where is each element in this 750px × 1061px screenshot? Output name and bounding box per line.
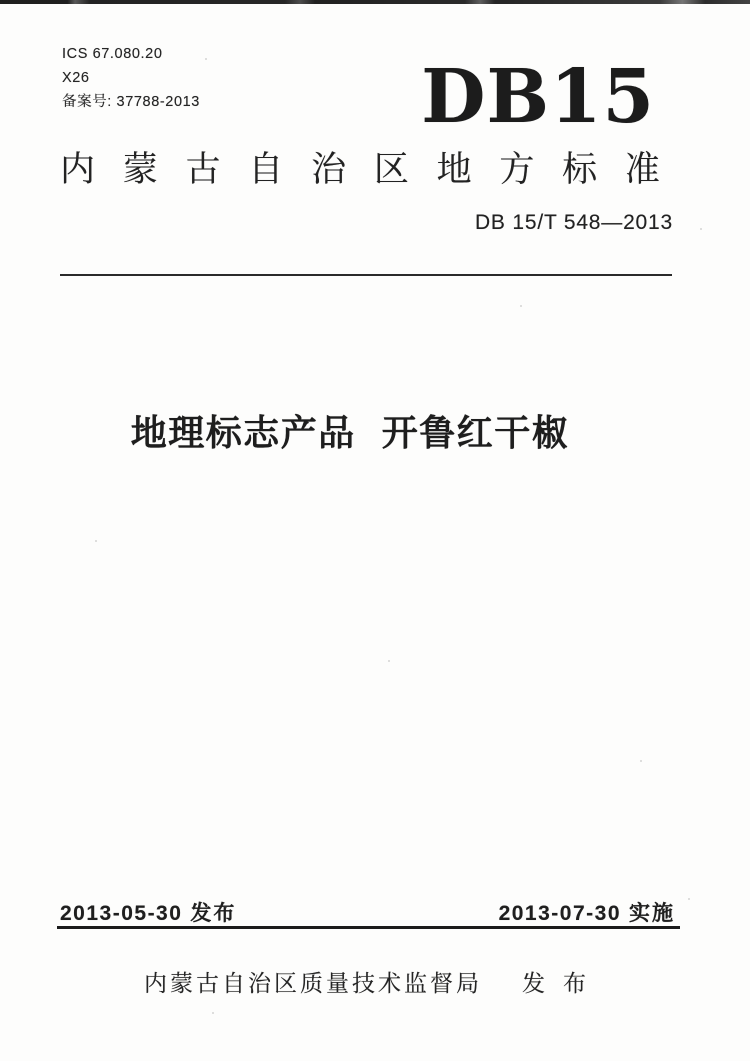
document-title-part1: 地理标志产品 xyxy=(131,413,356,453)
implementation-date: 2013-07-30 xyxy=(499,902,621,925)
implementation-date-label: 实施 xyxy=(629,902,675,925)
ics-code: ICS 67.080.20 xyxy=(62,42,200,66)
scan-speck xyxy=(205,58,207,60)
scan-speck xyxy=(388,660,390,662)
footer-divider xyxy=(57,926,680,929)
document-title: 地理标志产品 开鲁红干椒 xyxy=(0,413,725,453)
scan-speck xyxy=(688,898,690,900)
scan-speck xyxy=(95,540,97,542)
db15-logo: DB15 xyxy=(421,60,655,134)
publish-action-label: 发布 xyxy=(522,968,604,998)
publisher-name: 内蒙古自治区质量技术监督局 xyxy=(144,968,482,998)
header-divider xyxy=(60,274,672,276)
dates-row: 2013-05-30发布 2013-07-30实施 xyxy=(60,902,675,926)
standard-category-title: 内蒙古自治区地方标准 xyxy=(60,150,660,190)
scan-speck xyxy=(700,228,702,230)
scan-speck xyxy=(212,1012,214,1014)
scan-edge-artifact xyxy=(0,0,750,4)
standard-cover-page: ICS 67.080.20 X26 备案号: 37788-2013 DB15 内… xyxy=(0,0,750,1061)
publisher-row: 内蒙古自治区质量技术监督局 发布 xyxy=(0,968,740,998)
ics-block: ICS 67.080.20 X26 备案号: 37788-2013 xyxy=(62,42,200,114)
scan-speck xyxy=(640,760,642,762)
implementation-date-group: 2013-07-30实施 xyxy=(499,902,675,926)
document-title-part2: 开鲁红干椒 xyxy=(382,413,570,453)
issue-date-label: 发布 xyxy=(190,902,236,925)
issue-date-group: 2013-05-30发布 xyxy=(60,902,236,926)
standard-number: DB 15/T 548—2013 xyxy=(475,211,673,235)
scan-speck xyxy=(520,305,522,307)
classification-code: X26 xyxy=(62,66,200,90)
record-number: 备案号: 37788-2013 xyxy=(62,90,200,114)
issue-date: 2013-05-30 xyxy=(60,902,182,925)
